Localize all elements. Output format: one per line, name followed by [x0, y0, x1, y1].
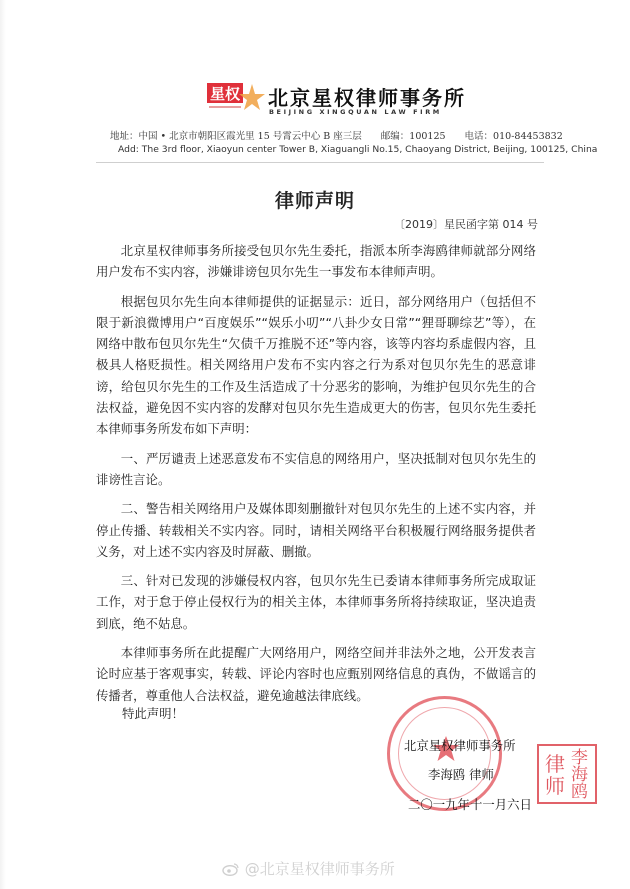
document-number: 〔2019〕星民函字第 014 号	[394, 216, 538, 232]
document-title: 律师声明	[0, 186, 630, 213]
seal-char: 鸥	[571, 784, 588, 801]
weibo-watermark: @北京星权律师事务所	[222, 858, 395, 879]
firm-logo-mark: 星权	[206, 80, 266, 114]
star-logo-icon: 星权	[206, 80, 266, 114]
letterhead-divider	[96, 162, 544, 163]
weibo-icon	[222, 862, 240, 876]
firm-name-en: BEIJING XINGQUAN LAW FIRM	[269, 108, 442, 116]
watermark-text: @北京星权律师事务所	[245, 860, 395, 878]
lawyer-name-seal: 李 海 鸥 律 师	[537, 744, 597, 804]
seal-char: 师	[545, 778, 565, 795]
paragraph-point-1: 一、严厉谴责上述恶意发布不实信息的网络用户，坚决抵制对包贝尔先生的诽谤性言论。	[96, 448, 536, 491]
address-cn: 地址：中国 • 北京市朝阳区霞光里 15 号霄云中心 B 座三层 邮编：1001…	[110, 128, 563, 142]
signature-firm: 北京星权律师事务所	[404, 736, 516, 754]
signature-date: 二〇一九年十一月六日	[408, 795, 532, 813]
page-edge-shadow	[0, 0, 6, 889]
address-en: Add: The 3rd floor, Xiaoyun center Tower…	[118, 144, 597, 155]
paragraph-evidence: 根据包贝尔先生向本律师提供的证据显示：近日，部分网络用户（包括但不限于新浪微博用…	[96, 291, 536, 440]
seal-char: 律	[545, 756, 565, 773]
closing-statement: 特此声明！	[122, 704, 184, 722]
statement-body: 北京星权律师事务所接受包贝尔先生委托，指派本所李海鸥律师就部分网络用户发布不实内…	[96, 240, 536, 714]
signature-lawyer: 李海鸥 律师	[428, 765, 494, 783]
svg-text:星权: 星权	[210, 85, 241, 103]
firm-name-cn: 北京星权律师事务所	[268, 82, 466, 111]
paragraph-reminder: 本律师事务所在此提醒广大网络用户，网络空间并非法外之地，公开发表言论时应基于客观…	[96, 642, 536, 706]
paragraph-intro: 北京星权律师事务所接受包贝尔先生委托，指派本所李海鸥律师就部分网络用户发布不实内…	[96, 240, 536, 283]
paragraph-point-3: 三、针对已发现的涉嫌侵权内容，包贝尔先生已委请本律师事务所完成取证工作，对于怠于…	[96, 570, 536, 634]
paragraph-point-2: 二、警告相关网络用户及媒体即刻删撤针对包贝尔先生的上述不实内容，并停止传播、转载…	[96, 498, 536, 562]
